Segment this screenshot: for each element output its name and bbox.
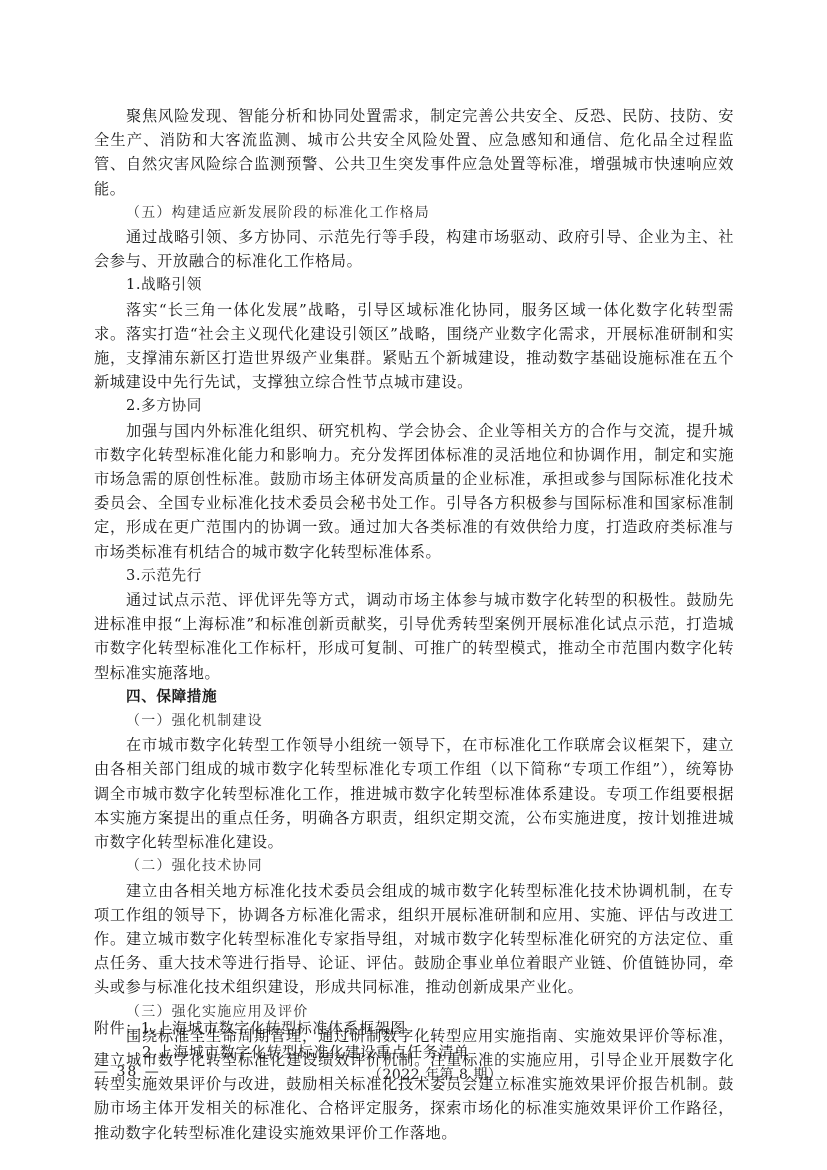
paragraph-mechanism: 在市城市数字化转型工作领导小组统一领导下，在市标准化工作联席会议框架下，建立由各…: [94, 733, 734, 854]
attachment-2: 2.上海城市数字化转型标准化建设重点任务清单: [94, 1040, 470, 1064]
paragraph-work-pattern: 通过战略引领、多方协同、示范先行等手段，构建市场驱动、政府引导、企业为主、社会参…: [94, 225, 734, 273]
subheading-mechanism: （一）强化机制建设: [94, 709, 734, 733]
numbered-demonstration: 3.示范先行: [94, 564, 734, 588]
attachment-1: 附件：1.上海城市数字化转型标准体系框架图: [94, 1016, 470, 1040]
paragraph-strategy: 落实“长三角一体化发展”战略，引导区域标准化协同，服务区域一体化数字化转型需求。…: [94, 298, 734, 395]
paragraph-collaboration: 加强与国内外标准化组织、研究机构、学会协会、企业等相关方的合作与交流，提升城市数…: [94, 419, 734, 564]
attachments: 附件：1.上海城市数字化转型标准体系框架图 2.上海城市数字化转型标准化建设重点…: [94, 1016, 470, 1064]
numbered-strategy: 1.战略引领: [94, 273, 734, 297]
document-body: 聚焦风险发现、智能分析和协同处置需求，制定完善公共安全、反恐、民防、技防、安全生…: [94, 104, 734, 1145]
issue-label: （2022 年第 8 期）: [368, 1064, 502, 1084]
numbered-collaboration: 2.多方协同: [94, 394, 734, 418]
paragraph-tech-coordination: 建立由各相关地方标准化技术委员会组成的城市数字化转型标准化技术协调机制，在专项工…: [94, 879, 734, 1000]
paragraph-demonstration: 通过试点示范、评优评先等方式，调动市场主体参与城市数字化转型的积极性。鼓励先进标…: [94, 588, 734, 685]
page-number: — 38 —: [94, 1064, 161, 1080]
section-heading-4: 四、保障措施: [94, 685, 734, 709]
subheading-5: （五）构建适应新发展阶段的标准化工作格局: [94, 201, 734, 225]
paragraph-public-safety: 聚焦风险发现、智能分析和协同处置需求，制定完善公共安全、反恐、民防、技防、安全生…: [94, 104, 734, 201]
subheading-tech-coordination: （二）强化技术协同: [94, 854, 734, 878]
